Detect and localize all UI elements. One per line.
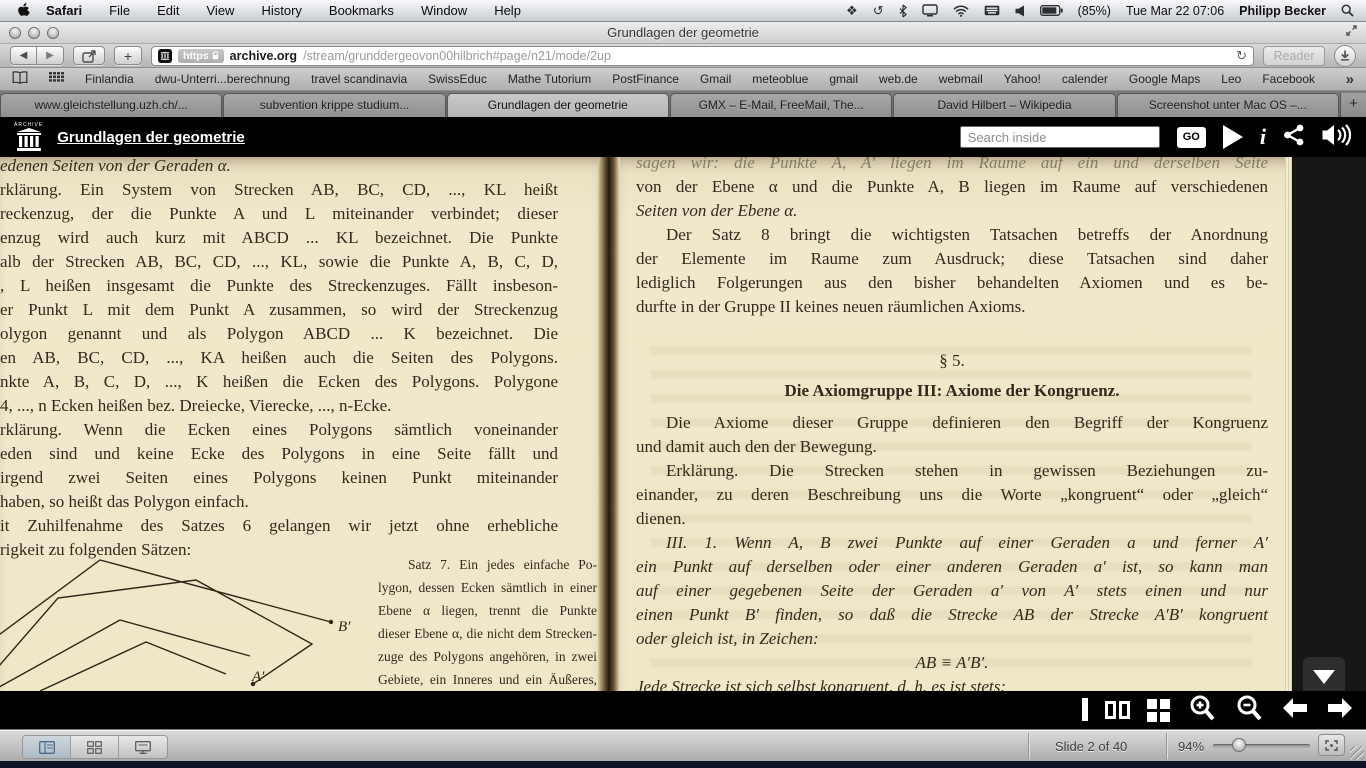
status-divider: [1028, 733, 1029, 759]
zoom-percent: 94%: [1178, 739, 1204, 754]
text-line: und damit auch den der Bewegung.: [636, 435, 1268, 459]
text-line: Die Axiomgruppe III: Axiome der Kongruen…: [636, 379, 1268, 403]
text-line: zuge des Polygons angehören, in zwei: [378, 645, 597, 668]
text-line: it Zuhilfenahme des Satzes 6 gelangen wi…: [0, 514, 558, 538]
zoom-slider-knob[interactable]: [1232, 738, 1246, 752]
text-line: 4, ..., n Ecken heißen bez. Dreiecke, Vi…: [0, 394, 558, 418]
top-sites-icon[interactable]: [49, 72, 64, 87]
nav-buttons: ◀ ▶: [10, 46, 64, 65]
bookmark-item[interactable]: web.de: [879, 72, 918, 86]
book-title-link[interactable]: Grundlagen der geometrie: [57, 129, 245, 146]
bookmark-item[interactable]: Facebook: [1262, 72, 1315, 86]
fullscreen-icon[interactable]: [1345, 24, 1358, 42]
browser-tab[interactable]: David Hilbert – Wikipedia: [893, 93, 1115, 117]
window-title-bar[interactable]: Grundlagen der geometrie: [0, 22, 1366, 44]
previous-page-button[interactable]: [1281, 697, 1309, 724]
thumbnail-view-button[interactable]: [1147, 699, 1170, 722]
share-button[interactable]: [73, 46, 105, 65]
menu-item[interactable]: Window: [421, 3, 467, 18]
bookmark-item[interactable]: dwu-Unterri...berechnung: [155, 72, 290, 86]
text-line: Gebiete, ein Inneres und ein Äußeres,: [378, 668, 597, 691]
info-icon[interactable]: i: [1260, 127, 1266, 147]
satz7-paragraph: Satz 7. Ein jedes einfache Po-lygon, des…: [378, 553, 597, 691]
text-line: reckenzug, der die Punkte A und L mitein…: [0, 202, 558, 226]
text-line: rklärung. Ein System von Strecken AB, BC…: [0, 178, 558, 202]
text-line: Die Axiome dieser Gruppe definieren den …: [636, 411, 1268, 435]
text-line: rklärung. Wenn die Ecken eines Polygons …: [0, 418, 558, 442]
text-line: Ebene α liegen, trennt die Punkte: [378, 599, 597, 622]
apple-menu-icon[interactable]: [17, 3, 30, 18]
back-button[interactable]: ◀: [10, 46, 37, 65]
site-favicon-internet-archive: [158, 49, 172, 63]
text-line: Seiten von der Ebene α.: [636, 199, 1268, 223]
bookreader-controls: GO i: [960, 123, 1352, 152]
chevron-down-icon: [1313, 670, 1335, 684]
window-resize-grip[interactable]: [1350, 746, 1364, 760]
text-line: en AB, BC, CD, ..., KA heißen auch die S…: [0, 346, 558, 370]
text-line: einander, zu deren Beschreibung uns die …: [636, 483, 1268, 507]
text-line: § 5.: [636, 349, 1268, 373]
search-go-button[interactable]: GO: [1177, 127, 1206, 148]
bookreader-toolbar: [0, 691, 1366, 729]
https-lock-badge: https: [178, 49, 224, 63]
dropbox-icon[interactable]: ❖: [846, 2, 858, 20]
bookmark-item[interactable]: webmail: [939, 72, 983, 86]
add-tab-button[interactable]: +: [1340, 93, 1366, 117]
bookmark-item[interactable]: Finlandia: [85, 72, 134, 86]
text-line: auf einer gegebenen Seite der Geraden a′…: [636, 579, 1268, 603]
mac-menu-bar: SafariFileEditViewHistoryBookmarksWindow…: [0, 0, 1366, 22]
read-aloud-speaker-icon[interactable]: [1322, 123, 1352, 152]
text-line: der Elemente im Raume zum Ausdruck; dies…: [636, 247, 1268, 271]
downloads-button[interactable]: [1334, 45, 1356, 67]
text-line: ein Punkt auf derselben oder einer ander…: [636, 555, 1268, 579]
two-page-view-button[interactable]: [1105, 701, 1130, 719]
zoom-out-button[interactable]: [1234, 693, 1264, 728]
bookmark-item[interactable]: travel scandinavia: [311, 72, 407, 86]
battery-percent: (85%): [1078, 4, 1111, 18]
bookmark-item[interactable]: Leo: [1221, 72, 1241, 86]
text-line: olygon genannt und als Polygon ABCD ... …: [0, 322, 558, 346]
text-line: III. 1. Wenn A, B zwei Punkte auf einer …: [636, 531, 1268, 555]
text-line: Jede Strecke ist sich selbst kongruent, …: [636, 675, 1268, 691]
one-page-view-button[interactable]: [1082, 701, 1088, 719]
spotlight-icon[interactable]: [1341, 2, 1354, 20]
browser-tab[interactable]: Screenshot unter Mac OS –...: [1117, 93, 1339, 117]
bookmark-item[interactable]: meteoblue: [752, 72, 808, 86]
text-line: Erklärung. Die Strecken stehen in gewiss…: [636, 459, 1268, 483]
zoom-in-button[interactable]: [1187, 693, 1217, 728]
next-page-button[interactable]: [1326, 697, 1354, 724]
share-icon[interactable]: [1283, 124, 1305, 151]
text-line: alb der Strecken AB, BC, CD, ..., KL, so…: [0, 250, 558, 274]
menu-item[interactable]: Bookmarks: [329, 3, 394, 18]
zoom-slider-track[interactable]: [1213, 744, 1310, 748]
menu-item[interactable]: History: [261, 3, 301, 18]
app-status-bar: Slide 2 of 40 94%: [0, 729, 1366, 761]
browser-tab[interactable]: Grundlagen der geometrie: [447, 93, 669, 117]
menu-item[interactable]: View: [207, 3, 235, 18]
bookmark-item[interactable]: PostFinance: [612, 72, 679, 86]
search-inside-input[interactable]: [960, 126, 1160, 148]
status-divider: [1166, 733, 1167, 759]
text-line: er Punkt L mit dem Punkt A zusammen, so …: [0, 298, 558, 322]
text-line: sagen wir: die Punkte A, A′ liegen im Ra…: [636, 157, 1268, 175]
bookmark-item[interactable]: Mathe Tutorium: [508, 72, 591, 86]
reload-icon[interactable]: ↻: [1236, 48, 1247, 64]
menu-item[interactable]: Safari: [46, 3, 82, 18]
bookmarks-overflow-chevron[interactable]: »: [1346, 71, 1354, 88]
slide-counter: Slide 2 of 40: [1055, 739, 1127, 754]
figure-label-a-prime: A′: [252, 669, 264, 686]
tab-bar: www.gleichstellung.uzh.ch/...subvention …: [0, 91, 1366, 117]
fast-user-switch-name[interactable]: Philipp Becker: [1239, 4, 1326, 18]
text-line: Der Satz 8 bringt die wichtigsten Tatsac…: [636, 223, 1268, 247]
book-page-right[interactable]: sagen wir: die Punkte A, A′ liegen im Ra…: [620, 157, 1292, 691]
polygon-figure: [0, 552, 375, 691]
time-machine-icon[interactable]: ↺: [873, 2, 884, 20]
window-title: Grundlagen der geometrie: [0, 25, 1366, 40]
url-domain: archive.org: [230, 49, 297, 63]
bookmarks-bar: Finlandiadwu-Unterri...berechnungtravel …: [0, 68, 1366, 91]
view-switcher: [22, 735, 168, 759]
text-line: einen Punkt B′ finden, so daß die Streck…: [636, 603, 1268, 627]
tabs: www.gleichstellung.uzh.ch/...subvention …: [0, 93, 1340, 117]
menu-item[interactable]: Edit: [157, 3, 179, 18]
text-line: von der Ebene α und die Punkte A, B lieg…: [636, 175, 1268, 199]
text-line: irgend zwei Seiten eines Polygons keinen…: [0, 466, 558, 490]
text-line: AB ≡ A′B′.: [636, 651, 1268, 675]
battery-icon[interactable]: [1040, 2, 1063, 20]
play-icon[interactable]: [1223, 125, 1243, 149]
new-tab-button[interactable]: +: [114, 46, 142, 65]
book-gutter: [598, 157, 620, 691]
text-line: Satz 7. Ein jedes einfache Po-: [378, 553, 597, 576]
forward-button[interactable]: ▶: [37, 46, 64, 65]
wifi-icon[interactable]: [953, 2, 969, 20]
text-line: dienen.: [636, 507, 1268, 531]
slideshow-view-button[interactable]: [119, 736, 167, 758]
menu-items: SafariFileEditViewHistoryBookmarksWindow…: [46, 3, 521, 18]
text-line: , L heißen insgesamt die Punkte des Stre…: [0, 274, 558, 298]
text-line: nkte A, B, C, D, ..., K heißen die Ecken…: [0, 370, 558, 394]
browser-toolbar: ◀ ▶ + https archive.org /stream/grundder…: [0, 44, 1366, 68]
desktop: { "colors": {"page_bg":"#efe5c6","reader…: [0, 0, 1366, 768]
menu-bar-clock[interactable]: Tue Mar 22 07:06: [1126, 4, 1224, 18]
display-icon[interactable]: [922, 2, 938, 20]
right-page-text: sagen wir: die Punkte A, A′ liegen im Ra…: [636, 157, 1268, 691]
reading-list-icon[interactable]: [12, 71, 28, 87]
text-line: haben, so heißt das Polygon einfach.: [0, 490, 558, 514]
bookreader-header: ARCHIVE Grundlagen der geometrie GO i: [0, 117, 1366, 157]
text-line: enzug wird auch kurz mit ABCD ... KL bez…: [0, 226, 558, 250]
reader-button[interactable]: Reader: [1263, 46, 1325, 66]
menu-item[interactable]: Help: [494, 3, 521, 18]
bookmark-item[interactable]: gmail: [829, 72, 858, 86]
text-line: oder gleich ist, in Zeichen:: [636, 627, 1268, 651]
menu-item[interactable]: File: [109, 3, 130, 18]
browser-tab[interactable]: GMX – E-Mail, FreeMail, The...: [670, 93, 892, 117]
volume-icon[interactable]: [1015, 2, 1025, 20]
normal-view-button[interactable]: [23, 736, 71, 758]
bookmark-item[interactable]: Gmail: [700, 72, 731, 86]
bluetooth-icon[interactable]: [899, 2, 907, 20]
address-bar[interactable]: https archive.org /stream/grunddergeovon…: [151, 46, 1254, 66]
bookmark-item[interactable]: calender: [1062, 72, 1108, 86]
left-page-text: edenen Seiten von der Geraden α.rklärung…: [0, 157, 558, 562]
text-line: edenen Seiten von der Geraden α.: [0, 157, 558, 178]
bookmark-item[interactable]: SwissEduc: [428, 72, 487, 86]
browser-tab[interactable]: www.gleichstellung.uzh.ch/...: [0, 93, 222, 117]
browser-tab[interactable]: subvention krippe studium...: [223, 93, 445, 117]
figure-label-b-prime: B′: [338, 619, 350, 636]
url-path: /stream/grunddergeovon00hilbrich#page/n2…: [303, 49, 611, 63]
bookmark-item[interactable]: Yahoo!: [1004, 72, 1041, 86]
fit-to-window-button[interactable]: [1318, 734, 1345, 756]
input-source-icon[interactable]: [984, 2, 1000, 20]
desktop-edge: [0, 761, 1366, 768]
text-line: lediglich Folgerungen aus den bisher beh…: [636, 271, 1268, 295]
text-line: dieser Ebene α, die nicht dem Strecken-: [378, 622, 597, 645]
internet-archive-logo[interactable]: ARCHIVE: [14, 123, 43, 152]
bookmark-item[interactable]: Google Maps: [1129, 72, 1200, 86]
text-line: lygon, dessen Ecken sämtlich in einer: [378, 576, 597, 599]
book-page-left[interactable]: edenen Seiten von der Geraden α.rklärung…: [0, 157, 598, 691]
text-line: durfte in der Gruppe II keines neuen räu…: [636, 295, 1268, 319]
slide-sorter-view-button[interactable]: [71, 736, 119, 758]
menu-bar-status-area: ❖ ↺ (85%) Tue Mar 22 07:06 Philipp Becke…: [846, 2, 1366, 20]
text-line: eden sind und keine Ecke des Polygons in…: [0, 442, 558, 466]
